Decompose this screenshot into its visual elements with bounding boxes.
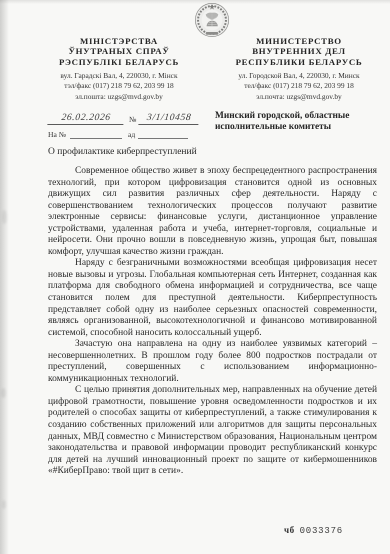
body-paragraph: Зачастую она направлена на одну из наибо… bbox=[48, 339, 377, 385]
org-email-ru: эл.почта: uzgs@mvd.gov.by bbox=[212, 92, 386, 103]
form-series: чб bbox=[284, 525, 295, 535]
scanned-letter-page: МІНІСТЭРСТВА ЎНУТРАНЫХ СПРАЎ РЭСПУБЛІКІ … bbox=[0, 0, 390, 554]
form-digits: 0033376 bbox=[300, 526, 343, 536]
org-phone-by: тэл/факс (017) 218 79 62, 203 99 18 bbox=[28, 81, 210, 92]
org-name-ru-line1: МИНИСТЕРСТВО bbox=[212, 36, 386, 46]
incoming-number-blank bbox=[70, 130, 122, 139]
org-address-by: вул. Гарадскі Вал, 4, 220030, г. Мінск bbox=[28, 71, 210, 82]
body-paragraph: Наряду с безграничными возможностями все… bbox=[48, 258, 377, 339]
reference-block: 26.02.2026 № 3/1/10458 На № ад bbox=[48, 112, 210, 139]
handwritten-outgoing-number: 3/1/10458 bbox=[139, 112, 200, 125]
handwritten-date: 26.02.2026 bbox=[47, 112, 124, 125]
scan-smudge bbox=[2, 210, 7, 224]
org-name-ru-line2: ВНУТРЕННИХ ДЕЛ bbox=[212, 46, 386, 56]
form-number: чб 0033376 bbox=[284, 525, 343, 536]
body-paragraph: Современное общество живет в эпоху беспр… bbox=[48, 166, 377, 258]
scan-smudge bbox=[1, 388, 6, 398]
org-email-by: эл.пошта: uzgs@mvd.gov.by bbox=[28, 92, 210, 103]
letterhead-belarusian: МІНІСТЭРСТВА ЎНУТРАНЫХ СПРАЎ РЭСПУБЛІКІ … bbox=[28, 36, 210, 103]
ad-label: ад bbox=[128, 130, 135, 139]
scan-smudge bbox=[2, 500, 6, 509]
letter-body: Современное общество живет в эпоху беспр… bbox=[48, 166, 377, 478]
org-name-by-line1: МІНІСТЭРСТВА bbox=[28, 36, 210, 46]
body-paragraph: С целью принятия дополнительных мер, нап… bbox=[48, 385, 377, 477]
scan-edge-shadow bbox=[0, 0, 9, 554]
belarus-coat-of-arms-icon bbox=[194, 2, 230, 38]
letterhead-russian: МИНИСТЕРСТВО ВНУТРЕННИХ ДЕЛ РЕСПУБЛИКИ Б… bbox=[212, 36, 386, 103]
org-name-ru-line3: РЕСПУБЛИКИ БЕЛАРУСЬ bbox=[212, 57, 386, 67]
org-name-by-line2: ЎНУТРАНЫХ СПРАЎ bbox=[28, 46, 210, 56]
incoming-date-blank bbox=[138, 130, 188, 139]
subject-line: О профилактике киберпреступлений bbox=[48, 147, 197, 157]
org-phone-ru: тел/факс (017) 218 79 62, 203 99 18 bbox=[212, 81, 386, 92]
org-name-by-line3: РЭСПУБЛІКІ БЕЛАРУСЬ bbox=[28, 57, 210, 67]
org-address-ru: ул. Городской Вал, 4, 220030, г. Минск bbox=[212, 71, 386, 82]
number-sign-label: № bbox=[129, 115, 136, 124]
na-number-label: На № bbox=[48, 130, 66, 139]
addressee: Минский городской, областные исполнитель… bbox=[215, 111, 383, 133]
